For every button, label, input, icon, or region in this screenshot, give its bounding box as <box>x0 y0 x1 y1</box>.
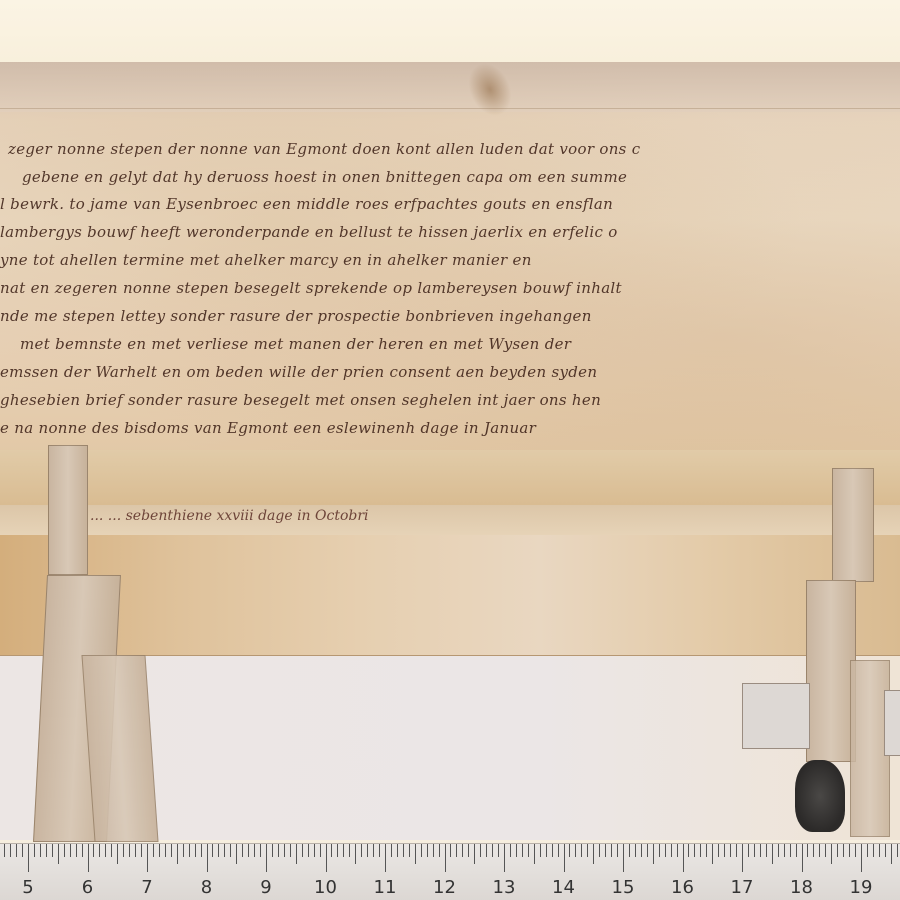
wax-seal-fragment <box>795 760 845 832</box>
ruler-tick <box>153 844 154 857</box>
ruler-tick <box>891 844 892 864</box>
ruler-tick <box>486 844 487 857</box>
ruler-tick <box>599 844 600 857</box>
ruler-tick <box>617 844 618 857</box>
ruler-tick <box>504 844 505 872</box>
ruler-tick <box>796 844 797 857</box>
ruler-tick <box>230 844 231 857</box>
ruler-tick <box>516 844 517 857</box>
ruler-tick <box>605 844 606 857</box>
ruler-tick <box>433 844 434 857</box>
ruler-tick <box>207 844 208 872</box>
ruler-tick <box>343 844 344 857</box>
ruler-tick <box>308 844 309 857</box>
ruler-tick <box>623 844 624 872</box>
ruler-tick <box>201 844 202 857</box>
ruler-label: 6 <box>82 877 93 898</box>
ruler-tick <box>403 844 404 857</box>
ruler-tick <box>653 844 654 864</box>
ruler-tick <box>320 844 321 857</box>
ruler-label: 14 <box>552 877 575 898</box>
text-line: lambergys bouwf heeft weronderpande en b… <box>0 223 618 241</box>
background-board-top <box>0 0 900 70</box>
ruler-tick <box>641 844 642 857</box>
ruler-tick <box>522 844 523 857</box>
ruler-label: 12 <box>433 877 456 898</box>
ruler-tick <box>540 844 541 857</box>
ruler-tick <box>700 844 701 857</box>
ruler-tick <box>379 844 380 857</box>
ruler-tick <box>159 844 160 857</box>
ruler-tick <box>82 844 83 857</box>
ruler-tick <box>671 844 672 857</box>
text-line: gebene en gelyt dat hy deruoss hoest in … <box>22 168 627 186</box>
ruler-tick <box>867 844 868 857</box>
ruler-tick <box>718 844 719 857</box>
ruler-tick <box>659 844 660 857</box>
ruler-tick <box>784 844 785 857</box>
ruler-tick <box>790 844 791 857</box>
ruler-tick <box>861 844 862 872</box>
text-line: nat en zegeren nonne stepen besegelt spr… <box>0 279 622 297</box>
ruler-tick <box>212 844 213 857</box>
ruler-tick <box>397 844 398 857</box>
ruler-tick <box>218 844 219 857</box>
ruler-tick <box>635 844 636 857</box>
ruler-label: 9 <box>260 877 271 898</box>
ruler-tick <box>427 844 428 857</box>
ruler-tick <box>415 844 416 864</box>
measuring-ruler: 5678910111213141516171819 <box>0 843 900 900</box>
ruler-tick <box>837 844 838 857</box>
ruler-label: 11 <box>374 877 397 898</box>
ruler-tick <box>10 844 11 857</box>
paper-label <box>742 683 810 749</box>
ruler-tick <box>135 844 136 857</box>
ruler-tick <box>665 844 666 857</box>
ruler-tick <box>242 844 243 857</box>
ruler-tick <box>897 844 898 857</box>
ruler-tick <box>373 844 374 857</box>
ruler-tick <box>724 844 725 857</box>
ruler-tick <box>28 844 29 872</box>
ruler-tick <box>558 844 559 857</box>
text-line: ghesebien brief sonder rasure besegelt m… <box>0 391 601 409</box>
ruler-tick <box>290 844 291 857</box>
ruler-tick <box>22 844 23 857</box>
ruler-tick <box>367 844 368 857</box>
seal-tag-strip-left-upper <box>48 445 88 575</box>
ruler-tick <box>760 844 761 857</box>
text-line: met bemnste en met verliese met manen de… <box>20 335 571 353</box>
ruler-tick <box>302 844 303 857</box>
ruler-tick <box>480 844 481 857</box>
ruler-tick <box>177 844 178 864</box>
ruler-tick <box>778 844 779 857</box>
ruler-tick <box>195 844 196 857</box>
ruler-tick <box>813 844 814 857</box>
ruler-tick <box>587 844 588 857</box>
text-line: l bewrk. to jame van Eysenbroec een midd… <box>0 195 613 213</box>
ruler-tick <box>183 844 184 857</box>
seal-tag-strip-right-lower <box>806 580 856 762</box>
ruler-tick <box>683 844 684 872</box>
ruler-tick <box>105 844 106 857</box>
ruler-tick <box>391 844 392 857</box>
ruler-tick <box>468 844 469 857</box>
ruler-tick <box>593 844 594 864</box>
ruler-tick <box>355 844 356 864</box>
ruler-tick <box>766 844 767 857</box>
ruler-tick <box>385 844 386 872</box>
ruler-tick <box>748 844 749 857</box>
ruler-tick <box>88 844 89 872</box>
ruler-tick <box>40 844 41 857</box>
ruler-label: 16 <box>671 877 694 898</box>
text-line: yne tot ahellen termine met ahelker marc… <box>0 251 532 269</box>
ruler-tick <box>564 844 565 872</box>
ruler-tick <box>849 844 850 857</box>
ruler-tick <box>807 844 808 857</box>
ruler-tick <box>843 844 844 857</box>
ruler-tick <box>46 844 47 857</box>
ruler-tick <box>510 844 511 857</box>
ruler-tick <box>569 844 570 857</box>
ruler-tick <box>439 844 440 857</box>
ruler-tick <box>123 844 124 857</box>
ruler-tick <box>825 844 826 857</box>
ruler-tick <box>248 844 249 857</box>
ruler-tick <box>171 844 172 857</box>
text-line: e na nonne des bisdoms van Egmont een es… <box>0 419 536 437</box>
ruler-tick <box>772 844 773 864</box>
ruler-tick <box>534 844 535 864</box>
ruler-tick <box>575 844 576 857</box>
ruler-label: 17 <box>731 877 754 898</box>
ruler-tick <box>93 844 94 857</box>
ruler-tick <box>314 844 315 857</box>
seal-tag-strip-left-back <box>81 655 158 842</box>
seal-tag-strip-right-upper <box>832 468 874 582</box>
text-line: zeger nonne stepen der nonne van Egmont … <box>8 140 640 158</box>
ruler-label: 10 <box>314 877 337 898</box>
ruler-tick <box>694 844 695 857</box>
ruler-tick <box>552 844 553 857</box>
ruler-tick <box>165 844 166 857</box>
ruler-label: 15 <box>612 877 635 898</box>
ruler-label: 7 <box>141 877 152 898</box>
ruler-tick <box>581 844 582 857</box>
plica-lower <box>0 535 900 656</box>
ruler-tick <box>474 844 475 864</box>
ruler-tick <box>450 844 451 857</box>
ruler-tick <box>742 844 743 872</box>
ruler-tick <box>855 844 856 857</box>
ruler-tick <box>879 844 880 857</box>
ruler-tick <box>117 844 118 864</box>
ruler-tick <box>326 844 327 872</box>
ruler-tick <box>706 844 707 857</box>
ruler-tick <box>677 844 678 857</box>
ruler-tick <box>64 844 65 857</box>
ruler-label: 13 <box>493 877 516 898</box>
ruler-tick <box>885 844 886 857</box>
ruler-tick <box>546 844 547 857</box>
ruler-tick <box>4 844 5 857</box>
ruler-tick <box>445 844 446 872</box>
ruler-tick <box>99 844 100 857</box>
ruler-tick <box>712 844 713 864</box>
ruler-tick <box>266 844 267 872</box>
ruler-tick <box>34 844 35 857</box>
text-line: nde me stepen lettey sonder rasure der p… <box>0 307 592 325</box>
ruler-tick <box>819 844 820 857</box>
paper-label-edge <box>884 690 900 756</box>
ruler-tick <box>278 844 279 857</box>
ruler-tick <box>129 844 130 857</box>
ruler-tick <box>754 844 755 857</box>
endorsement-text: ... ... sebenthiene xxviii dage in Octob… <box>90 508 369 524</box>
ruler-tick <box>802 844 803 872</box>
ruler-tick <box>284 844 285 857</box>
ruler-tick <box>296 844 297 864</box>
ruler-label: 18 <box>790 877 813 898</box>
ruler-tick <box>76 844 77 857</box>
ruler-tick <box>272 844 273 857</box>
ruler-tick <box>254 844 255 857</box>
ruler-tick <box>111 844 112 857</box>
ruler-tick <box>492 844 493 857</box>
fold-line <box>0 108 900 109</box>
ruler-tick <box>736 844 737 857</box>
ruler-tick <box>224 844 225 857</box>
ruler-tick <box>456 844 457 857</box>
ruler-label: 19 <box>850 877 873 898</box>
ruler-tick <box>337 844 338 857</box>
ruler-tick <box>141 844 142 857</box>
ruler-tick <box>58 844 59 864</box>
ruler-tick <box>70 844 71 857</box>
ruler-tick <box>16 844 17 857</box>
ruler-tick <box>611 844 612 857</box>
ruler-tick <box>831 844 832 864</box>
charter-top-edge <box>0 62 900 112</box>
ruler-tick <box>873 844 874 857</box>
plica-band <box>0 450 900 507</box>
ruler-tick <box>189 844 190 857</box>
ruler-tick <box>409 844 410 857</box>
ruler-tick <box>647 844 648 857</box>
text-line: emssen der Warhelt en om beden wille der… <box>0 363 597 381</box>
ruler-tick <box>688 844 689 857</box>
ruler-tick <box>349 844 350 857</box>
ruler-tick <box>236 844 237 864</box>
ruler-tick <box>260 844 261 857</box>
ruler-label: 5 <box>22 877 33 898</box>
ruler-tick <box>331 844 332 857</box>
ruler-tick <box>361 844 362 857</box>
ruler-tick <box>462 844 463 857</box>
ruler-tick <box>730 844 731 857</box>
ruler-tick <box>528 844 529 857</box>
ruler-tick <box>498 844 499 857</box>
ruler-tick <box>147 844 148 872</box>
ruler-tick <box>629 844 630 857</box>
ruler-tick <box>421 844 422 857</box>
ruler-label: 8 <box>201 877 212 898</box>
ruler-tick <box>52 844 53 857</box>
